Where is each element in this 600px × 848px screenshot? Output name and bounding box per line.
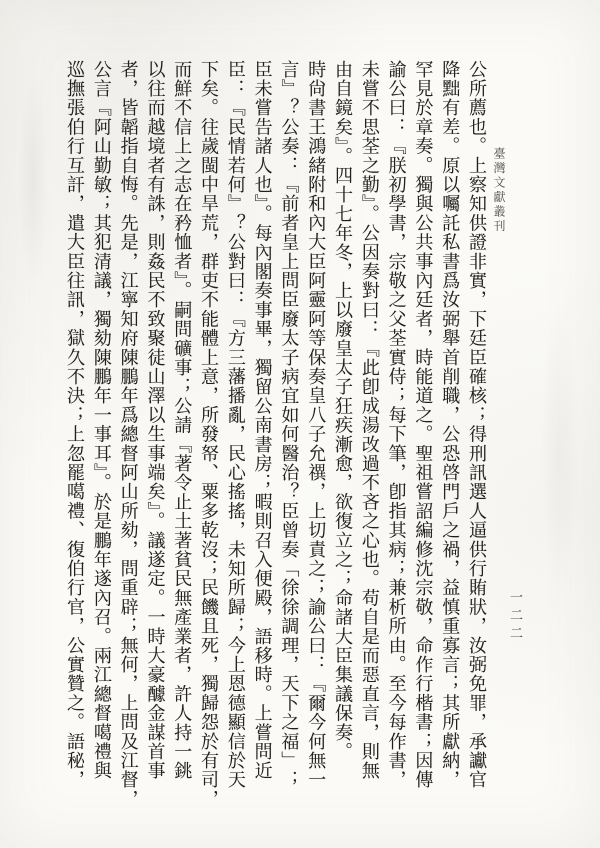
text-column: 下矣。往歲閩中旱荒，群吏不能體上意，所發帑、粟多乾沒；民饑且死，獨歸怨於有司，	[194, 60, 221, 812]
text-column: 未嘗不思荃之勤』。公因奏對曰：『此卽成湯改過不吝之心也。苟自是而惡直言，則無	[355, 60, 382, 812]
text-block: 公所薦也。上察知供證非實，下廷臣確核；得刑訊選人逼供行賄狀，汝弼免罪，承讞官 降…	[60, 60, 489, 812]
series-title: 臺灣文獻叢刊	[491, 147, 508, 234]
text-column: 者，皆韜指自悔。先是，江寧知府陳鵬年爲總督阿山所劾，問重辟；無何，上問及江督，	[114, 60, 141, 812]
text-column: 以往而越境者有誅，則姦民不致聚徒山澤以生事端矣』。議遂定。一時大豪醵金謀首事	[141, 60, 168, 812]
text-column: 罕見於章奏。獨與公共事內廷者，時能道之。聖祖嘗詔編修沈宗敬，命作行楷書；因傳	[409, 60, 436, 812]
scan-artifact	[540, 300, 580, 600]
text-column: 臣：『民情若何』？公對曰：『方三藩播亂，民心搖搖，未知所歸；今上恩德顯信於天	[221, 60, 248, 812]
text-column: 言』？公奏：『前者皇上問臣廢太子病宜如何醫治？臣曾奏「徐徐調理，天下之福」；	[275, 60, 302, 812]
scanned-book-page: 臺灣文獻叢刊 一二二 公所薦也。上察知供證非實，下廷臣確核；得刑訊選人逼供行賄狀…	[0, 0, 600, 848]
text-column: 由自鏡矣』。四十七年冬，上以廢皇太子狂疾漸愈，欲復立之；命諸大臣集議保奏。	[328, 60, 355, 812]
text-column: 臣未嘗告諸人也』。每內閣奏事畢，獨留公南書房；暇則召入便殿，語移時。上嘗問近	[248, 60, 275, 812]
text-column: 公言『阿山勤敏；其犯清議，獨劾陳鵬年一事耳』。於是鵬年遂內召。兩江總督噶禮與	[87, 60, 114, 812]
text-column: 巡撫張伯行互訐，遣大臣往訊，獄久不決；上忽罷噶禮、復伯行官，公實贊之。語秘，	[60, 60, 87, 812]
text-column: 諭公曰：『朕初學書，宗敬之父荃實侍；每下筆，卽指其病；兼析所由。至今每作書，	[382, 60, 409, 812]
scan-artifact	[18, 70, 48, 290]
text-column: 降黜有差。原以囑託私書爲汝弼舉首削職，公恐啓門戶之禍，益慎重寡言；其所獻納，	[435, 60, 462, 812]
text-column: 公所薦也。上察知供證非實，下廷臣確核；得刑訊選人逼供行賄狀，汝弼免罪，承讞官	[462, 60, 489, 812]
page-number: 一二二	[505, 590, 524, 644]
text-column: 時尙書王鴻緒附和內大臣阿靈阿等保奏皇八子允禩，上切責之；諭公曰：『爾今何無一	[301, 60, 328, 812]
text-column: 而鮮不信上之志在矜恤者』。嗣問礦事；公請『著令止土著貧民無產業者，許人持一銚	[167, 60, 194, 812]
